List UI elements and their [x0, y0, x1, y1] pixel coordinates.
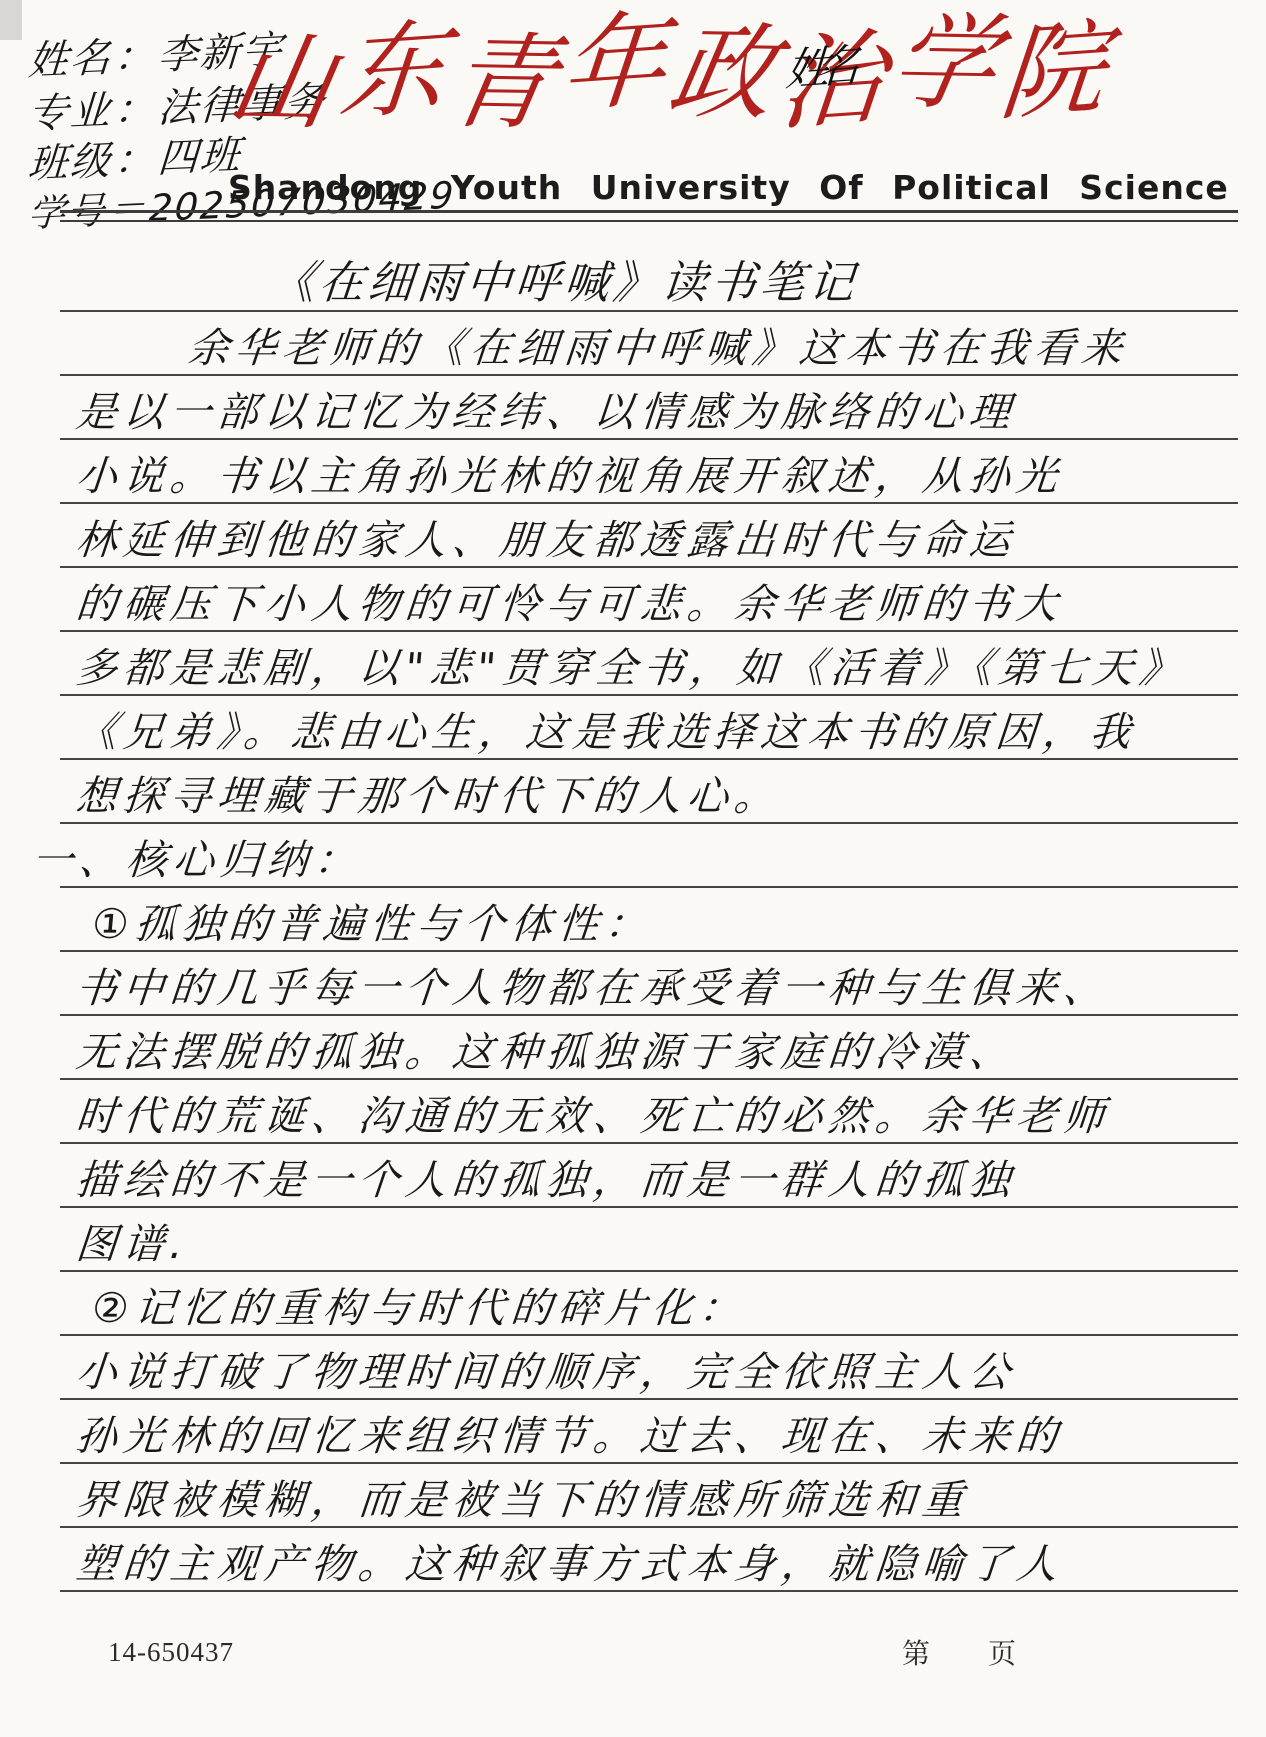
note-title: 《在细雨中呼喊》读书笔记: [268, 259, 860, 306]
handwriting-text: 想探寻埋藏于那个时代下的人心。: [74, 775, 783, 818]
name-separator: ：: [111, 33, 160, 81]
handwriting-line: 塑的主观产物。这种叙事方式本身，就隐喻了人: [60, 1528, 1238, 1592]
university-logo-calligraphy: 山东青年政治学院: [216, 11, 1079, 176]
handwriting-line: ①孤独的普遍性与个体性：: [60, 888, 1238, 952]
handwriting-text: 图谱.: [74, 1223, 191, 1266]
logo-character: 学: [883, 10, 1011, 116]
handwriting-text: 小说。书以主角孙光林的视角展开叙述，从孙光: [74, 455, 1065, 498]
handwriting-line: 无法摆脱的孤独。这种孤独源于家庭的冷漠、: [60, 1016, 1238, 1080]
handwriting-line: 一、核心归纳：: [60, 824, 1238, 888]
handwriting-line: 描绘的不是一个人的孤独，而是一群人的孤独: [60, 1144, 1238, 1208]
handwriting-text: 是以一部以记忆为经纬、以情感为脉络的心理: [74, 391, 1018, 434]
handwriting-line: 的碾压下小人物的可怜与可悲。余华老师的书大: [60, 568, 1238, 632]
form-code: 14-650437: [108, 1637, 234, 1668]
handwriting-text: 林延伸到他的家人、朋友都透露出时代与命运: [74, 519, 1018, 562]
handwriting-text: 余华老师的《在细雨中呼喊》这本书在我看来: [186, 327, 1130, 370]
writing-area: 《在细雨中呼喊》读书笔记 余华老师的《在细雨中呼喊》这本书在我看来是以一部以记忆…: [60, 222, 1238, 1592]
header-divider: [60, 210, 1238, 222]
major-label: 专业: [27, 88, 114, 138]
handwriting-line: 孙光林的回忆来组织情节。过去、现在、未来的: [60, 1400, 1238, 1464]
page-char-first: 第: [902, 1639, 930, 1670]
handwriting-line: 余华老师的《在细雨中呼喊》这本书在我看来: [60, 312, 1238, 376]
handwriting-text: 一、核心归纳：: [30, 839, 363, 882]
page-footer: 14-650437 第页: [0, 1597, 1266, 1737]
handwriting-text: 无法摆脱的孤独。这种孤独源于家庭的冷漠、: [74, 1031, 1018, 1074]
logo-character: 院: [996, 15, 1116, 126]
page-char-last: 页: [988, 1639, 1016, 1670]
handwriting-text: 的碾压下小人物的可怜与可悲。余华老师的书大: [74, 583, 1065, 626]
page-number-label: 第页: [902, 1632, 1016, 1672]
handwriting-line: 《兄弟》。悲由心生，这是我选择这本书的原因，我: [60, 696, 1238, 760]
logo-character: 政: [662, 20, 790, 126]
major-separator: ：: [111, 86, 160, 134]
handwriting-text: 描绘的不是一个人的孤独，而是一群人的孤独: [74, 1159, 1018, 1202]
name-label: 姓名: [27, 35, 114, 85]
handwriting-text: ②记忆的重构与时代的碎片化：: [90, 1287, 748, 1330]
name-scribble: 姓名: [784, 30, 848, 99]
handwriting-text: 多都是悲剧，以"悲"贯穿全书，如《活着》《第七天》: [74, 647, 1188, 690]
handwriting-line: 时代的荒诞、沟通的无效、死亡的必然。余华老师: [60, 1080, 1238, 1144]
handwriting-line: 书中的几乎每一个人物都在承受着一种与生俱来、: [60, 952, 1238, 1016]
class-separator: ：: [111, 136, 160, 184]
handwriting-text: 塑的主观产物。这种叙事方式本身，就隐喻了人: [74, 1543, 1065, 1586]
logo-character: 山: [220, 29, 348, 135]
handwriting-line: 是以一部以记忆为经纬、以情感为脉络的心理: [60, 376, 1238, 440]
notebook-page: 姓名：李新宇 专业：法律事务 班级：四班 学号＝202507030429 山东青…: [0, 0, 1266, 1737]
handwriting-line: 界限被模糊，而是被当下的情感所筛选和重: [60, 1464, 1238, 1528]
handwriting-line: 图谱.: [60, 1208, 1238, 1272]
handwriting-line: 小说打破了物理时间的顺序，完全依照主人公: [60, 1336, 1238, 1400]
page-header: 姓名：李新宇 专业：法律事务 班级：四班 学号＝202507030429 山东青…: [0, 0, 1266, 222]
handwriting-text: 孙光林的回忆来组织情节。过去、现在、未来的: [74, 1415, 1065, 1458]
note-title-row: 《在细雨中呼喊》读书笔记: [60, 222, 1238, 312]
handwriting-text: 小说打破了物理时间的顺序，完全依照主人公: [74, 1351, 1018, 1394]
university-name-english: Shandong Youth University Of Political S…: [228, 168, 1229, 207]
logo-character: 青: [441, 30, 569, 136]
handwriting-text: 界限被模糊，而是被当下的情感所筛选和重: [74, 1479, 971, 1522]
handwriting-text: 时代的荒诞、沟通的无效、死亡的必然。余华老师: [74, 1095, 1112, 1138]
handwriting-line: 林延伸到他的家人、朋友都透露出时代与命运: [60, 504, 1238, 568]
handwriting-line: 多都是悲剧，以"悲"贯穿全书，如《活着》《第七天》: [60, 632, 1238, 696]
logo-character: 年: [557, 7, 677, 118]
class-label: 班级: [27, 138, 114, 188]
handwriting-line: 想探寻埋藏于那个时代下的人心。: [60, 760, 1238, 824]
handwriting-line: 小说。书以主角孙光林的视角展开叙述，从孙光: [60, 440, 1238, 504]
logo-character: 东: [336, 15, 456, 126]
handwriting-text: ①孤独的普遍性与个体性：: [90, 903, 654, 946]
handwriting-text: 《兄弟》。悲由心生，这是我选择这本书的原因，我: [74, 711, 1138, 754]
handwriting-text: 书中的几乎每一个人物都在承受着一种与生俱来、: [74, 967, 1112, 1010]
handwriting-line: ②记忆的重构与时代的碎片化：: [60, 1272, 1238, 1336]
class-field: 班级：四班: [27, 135, 243, 184]
